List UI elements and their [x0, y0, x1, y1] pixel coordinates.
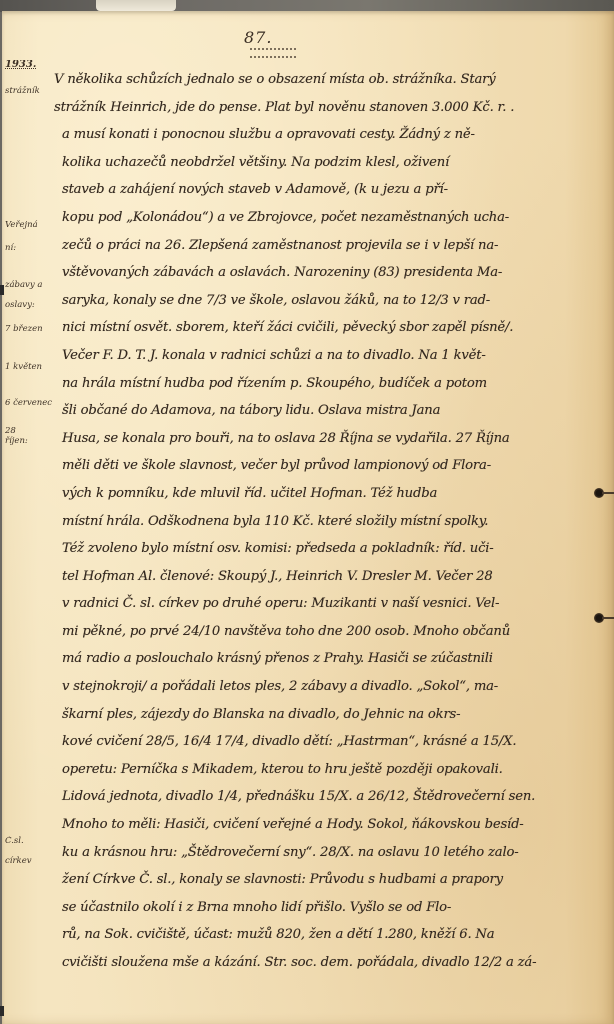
- handwritten-line: ku a krásnou hru: „Štědrovečerní sny“. 2…: [54, 839, 602, 867]
- handwritten-line: V několika schůzích jednalo se o obsazen…: [54, 66, 602, 94]
- paper-clip-object: [96, 0, 176, 11]
- handwritten-line: staveb a zahájení nových staveb v Adamov…: [54, 176, 602, 204]
- page-number: 87.: [244, 28, 272, 47]
- handwritten-line: kolika uchazečů neobdržel většiny. Na po…: [54, 149, 602, 177]
- margin-note: oslavy:: [5, 300, 57, 310]
- handwritten-line: žení Církve Č. sl., konaly se slavnosti:…: [54, 866, 602, 894]
- handwritten-line: v radnici Č. sl. církev po druhé operu: …: [54, 590, 602, 618]
- page-number-underline: [250, 48, 296, 58]
- margin-note: 7 březen: [5, 324, 57, 334]
- handwritten-line: strážník Heinrich, jde do pense. Plat by…: [54, 94, 602, 122]
- scanner-edge-marker: [0, 1006, 4, 1016]
- scanner-edge-marker: [0, 285, 4, 295]
- handwritten-line: nici místní osvět. sborem, kteří žáci cv…: [54, 314, 602, 342]
- handwritten-line: šli občané do Adamova, na tábory lidu. O…: [54, 397, 602, 425]
- margin-note: Veřejná: [5, 220, 57, 230]
- handwritten-line: cvičišti sloužena mše a kázání. Str. soc…: [54, 949, 602, 977]
- chronicle-page: 87. 1933.strážníkVeřejnání:zábavy aoslav…: [2, 11, 614, 1024]
- handwritten-line: Večer F. D. T. J. konala v radnici schůz…: [54, 342, 602, 370]
- handwritten-line: na hrála místní hudba pod řízením p. Sko…: [54, 370, 602, 398]
- handwritten-body: V několika schůzích jednalo se o obsazen…: [54, 66, 602, 977]
- margin-note: ní:: [5, 243, 57, 253]
- handwritten-line: Lidová jednota, divadlo 1/4, přednášku 1…: [54, 783, 602, 811]
- handwritten-line: kopu pod „Kolonádou“) a ve Zbrojovce, po…: [54, 204, 602, 232]
- handwritten-line: Mnoho to měli: Hasiči, cvičení veřejné a…: [54, 811, 602, 839]
- scanned-page-scene: 87. 1933.strážníkVeřejnání:zábavy aoslav…: [0, 0, 614, 1024]
- margin-note: strážník: [5, 86, 57, 96]
- handwritten-line: měli děti ve škole slavnost, večer byl p…: [54, 452, 602, 480]
- handwritten-line: se účastnilo okolí i z Brna mnoho lidí p…: [54, 894, 602, 922]
- margin-note: zábavy a: [5, 280, 57, 290]
- handwritten-line: má radio a poslouchalo krásný přenos z P…: [54, 645, 602, 673]
- handwritten-line: saryka, konaly se dne 7/3 ve škole, osla…: [54, 287, 602, 315]
- binding-thread: [602, 492, 614, 494]
- handwritten-line: vštěvovaných zábavách a oslavách. Naroze…: [54, 259, 602, 287]
- margin-note: 1933.: [5, 60, 57, 70]
- handwritten-line: Též zvoleno bylo místní osv. komisi: pře…: [54, 535, 602, 563]
- margin-note: Č.sl.: [5, 836, 57, 846]
- handwritten-line: zečů o práci na 26. Zlepšená zaměstnanos…: [54, 232, 602, 260]
- margin-note: církev: [5, 856, 57, 866]
- margin-note: 28: [5, 426, 57, 436]
- handwritten-line: místní hrála. Odškodnena byla 110 Kč. kt…: [54, 508, 602, 536]
- handwritten-line: mi pěkné, po prvé 24/10 navštěva toho dn…: [54, 618, 602, 646]
- handwritten-line: vých k pomníku, kde mluvil říd. učitel H…: [54, 480, 602, 508]
- handwritten-line: v stejnokroji/ a pořádali letos ples, 2 …: [54, 673, 602, 701]
- handwritten-line: a musí konati i ponocnou službu a opravo…: [54, 121, 602, 149]
- handwritten-line: Husa, se konala pro bouři, na to oslava …: [54, 425, 602, 453]
- margin-note: 1 květen: [5, 362, 57, 372]
- handwritten-line: škarní ples, zájezdy do Blanska na divad…: [54, 701, 602, 729]
- margin-note: 6 červenec: [5, 398, 57, 408]
- handwritten-line: tel Hofman Al. členové: Skoupý J., Heinr…: [54, 563, 602, 591]
- handwritten-line: operetu: Perníčka s Mikadem, kterou to h…: [54, 756, 602, 784]
- margin-note: říjen:: [5, 436, 57, 446]
- handwritten-line: rů, na Sok. cvičiště, účast: mužů 820, ž…: [54, 921, 602, 949]
- binding-thread: [602, 617, 614, 619]
- handwritten-line: kové cvičení 28/5, 16/4 17/4, divadlo dě…: [54, 728, 602, 756]
